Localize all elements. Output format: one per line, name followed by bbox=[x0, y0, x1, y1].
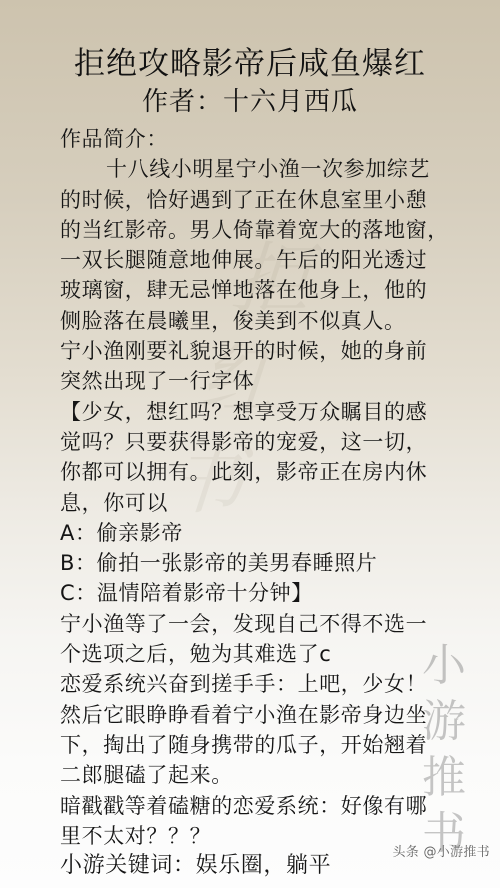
synopsis-line: 十八线小明星宁小渔一次参加综艺 bbox=[60, 154, 450, 184]
intro-label: 作品简介： bbox=[60, 124, 450, 154]
synopsis-line: 恋爱系统兴奋到搓手手：上吧，少女！ bbox=[60, 669, 450, 699]
source-credit: 头条 @小游推书 bbox=[392, 845, 490, 861]
synopsis-body: 作品简介： 十八线小明星宁小渔一次参加综艺 的时候，恰好遇到了正在休息室里小憩 … bbox=[60, 124, 450, 881]
book-intro-page: 拒 红 书 拒绝攻略影帝后咸鱼爆红 作者：十六月西瓜 作品简介： 十八线小明星宁… bbox=[0, 0, 500, 888]
synopsis-line: 一双长腿随意地伸展。午后的阳光透过 bbox=[60, 245, 450, 275]
option-b: B：偷拍一张影帝的美男春睡照片 bbox=[60, 548, 450, 578]
option-a: A：偷亲影帝 bbox=[60, 518, 450, 548]
system-prompt-line: 觉吗？只要获得影帝的宠爱，这一切， bbox=[60, 427, 450, 457]
synopsis-line: 突然出现了一行字体 bbox=[60, 366, 450, 396]
synopsis-line: 的当红影帝。男人倚靠着宽大的落地窗， bbox=[60, 215, 450, 245]
synopsis-line: 然后它眼睁睁看着宁小渔在影帝身边坐 bbox=[60, 700, 450, 730]
system-prompt-line: 息，你可以 bbox=[60, 488, 450, 518]
option-c: C：温情陪着影帝十分钟】 bbox=[60, 578, 450, 608]
synopsis-line: 个选项之后，勉为其难选了c bbox=[60, 639, 450, 669]
system-prompt-line: 你都可以拥有。此刻，影帝正在房内休 bbox=[60, 457, 450, 487]
synopsis-line: 宁小渔等了一会，发现自己不得不选一 bbox=[60, 609, 450, 639]
synopsis-line: 宁小渔刚要礼貌退开的时候，她的身前 bbox=[60, 336, 450, 366]
synopsis-line: 二郎腿磕了起来。 bbox=[60, 760, 450, 790]
author-line: 作者：十六月西瓜 bbox=[0, 85, 500, 119]
synopsis-line: 玻璃窗，肆无忌惮地落在他身上，他的 bbox=[60, 275, 450, 305]
synopsis-line: 暗戳戳等着磕糖的恋爱系统：好像有哪 bbox=[60, 791, 450, 821]
synopsis-line: 侧脸落在晨曦里，俊美到不似真人。 bbox=[60, 306, 450, 336]
synopsis-line: 的时候，恰好遇到了正在休息室里小憩 bbox=[60, 185, 450, 215]
book-title: 拒绝攻略影帝后咸鱼爆红 bbox=[0, 44, 500, 84]
system-prompt-line: 【少女，想红吗？想享受万众瞩目的感 bbox=[60, 397, 450, 427]
synopsis-line: 下，掏出了随身携带的瓜子，开始翘着 bbox=[60, 730, 450, 760]
